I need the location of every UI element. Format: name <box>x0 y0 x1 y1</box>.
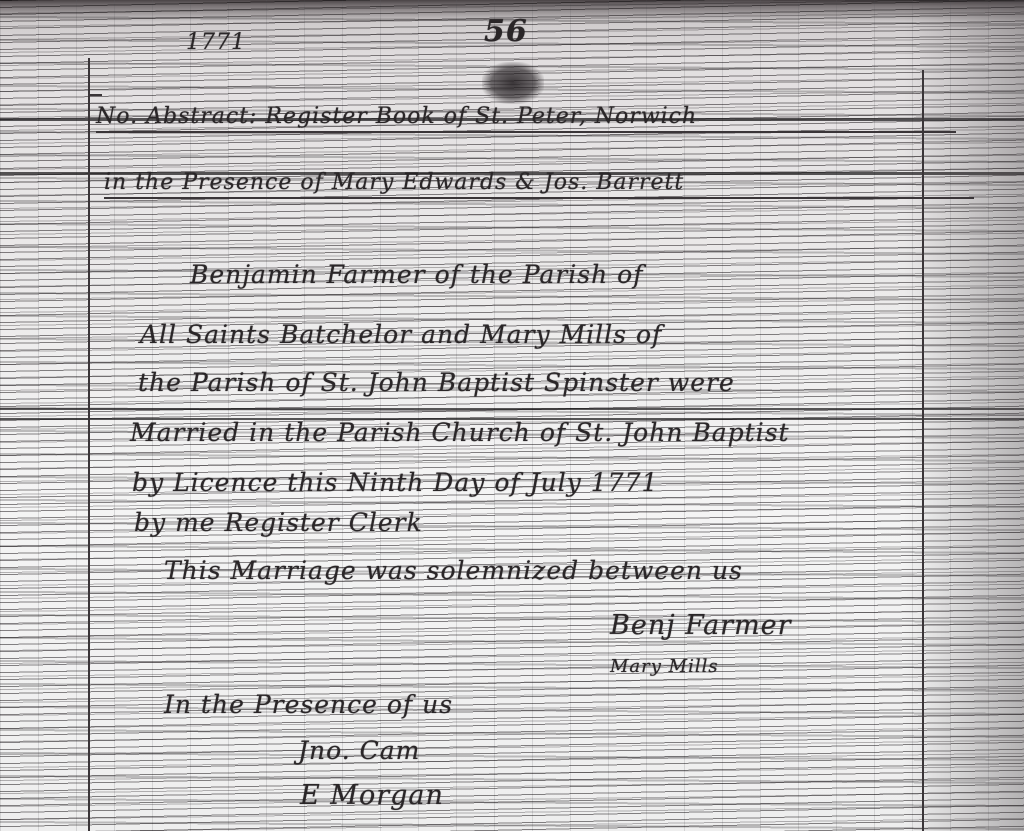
ink-blot <box>482 62 544 104</box>
entry-line-7: This Marriage was solemnized between us <box>164 556 743 585</box>
scanned-register-page: 1771 56 No. Abstract: Register Book of S… <box>0 0 1024 831</box>
bride-signature: Mary Mills <box>610 656 719 677</box>
register-year: 1771 <box>186 30 246 55</box>
witness-2: E Morgan <box>300 780 444 811</box>
groom-signature: Benj Farmer <box>610 610 792 641</box>
folio-number: 56 <box>484 14 528 49</box>
entry-line-4: Married in the Parish Church of St. John… <box>130 418 790 447</box>
witness-intro: In the Presence of us <box>164 690 453 719</box>
header-line-1: No. Abstract: Register Book of St. Peter… <box>96 104 956 133</box>
witness-1: Jno. Cam <box>298 736 420 765</box>
entry-line-6: by me Register Clerk <box>134 508 423 537</box>
entry-line-5: by Licence this Ninth Day of July 1771 <box>132 468 658 497</box>
left-margin-rule <box>88 58 90 831</box>
entry-line-1: Benjamin Farmer of the Parish of <box>190 260 643 289</box>
header-line-2: in the Presence of Mary Edwards & Jos. B… <box>104 170 974 199</box>
ruled-line <box>0 408 1024 410</box>
entry-line-3: the Parish of St. John Baptist Spinster … <box>138 368 735 397</box>
entry-line-2: All Saints Batchelor and Mary Mills of <box>140 320 662 349</box>
margin-corner-rule <box>88 94 102 96</box>
